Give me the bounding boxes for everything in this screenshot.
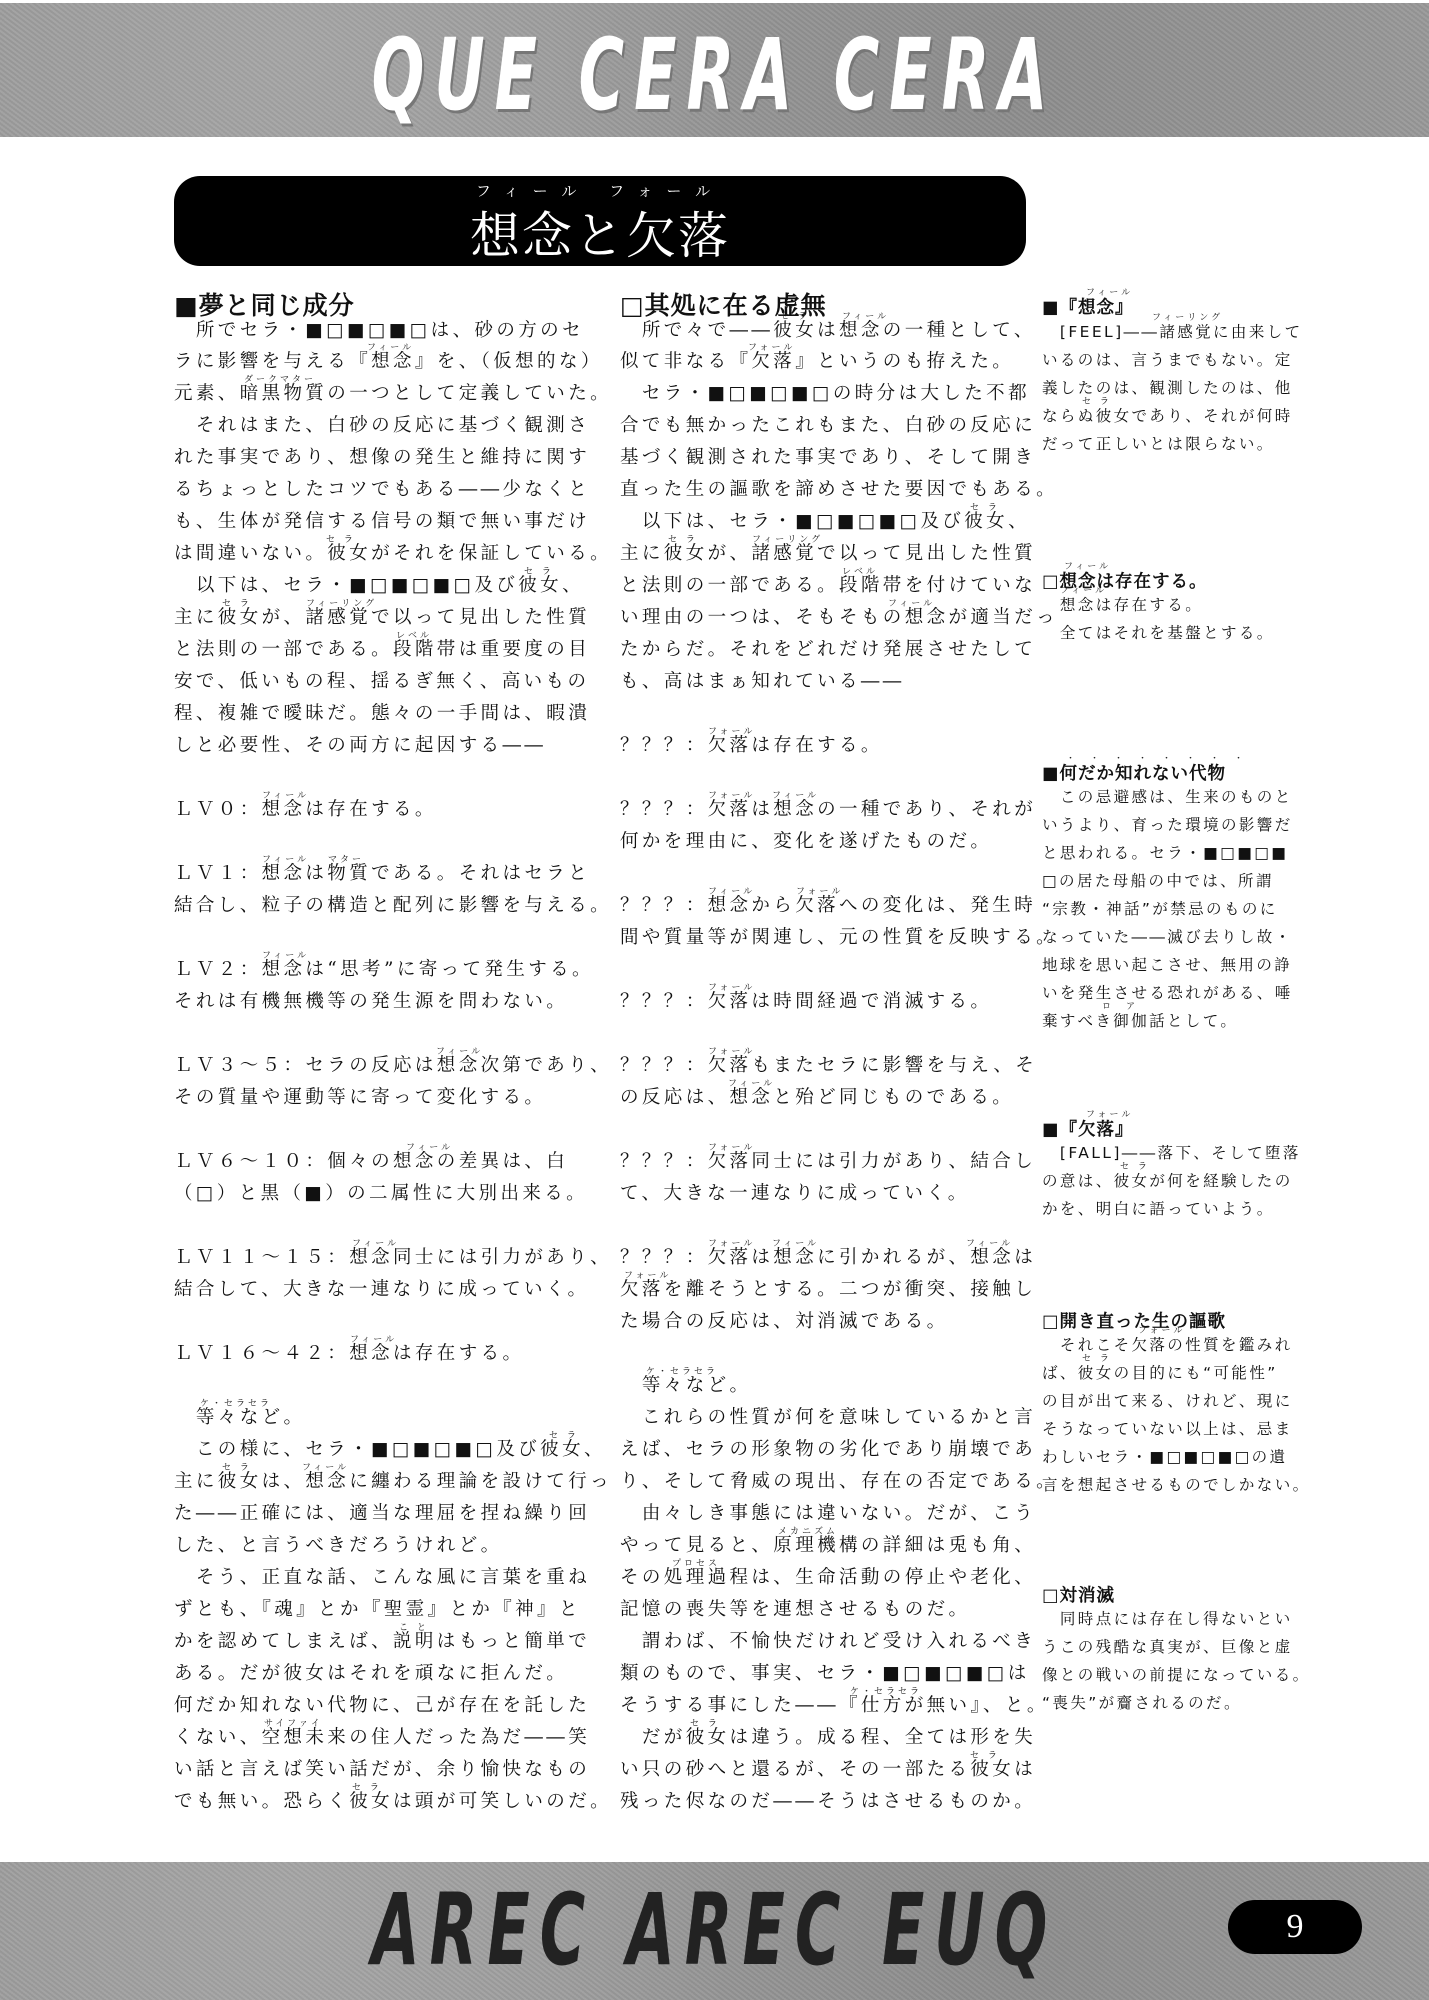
- ruby-annotation: フィール: [262, 948, 309, 961]
- text-line: した、と言うべきだろうけれど。: [174, 1535, 503, 1557]
- text-line: たからだ。それをどれだけ発展させたして: [620, 639, 1036, 661]
- text-line: それは有機無機等の発生源を問わない。: [174, 991, 568, 1013]
- ruby-annotation: フィール: [367, 340, 414, 353]
- ruby-annotation: レベル: [842, 564, 878, 577]
- text-line: 元素、暗黒物質の一つとして定義していた。: [174, 383, 612, 405]
- text-line: 以下は、セラ・■□■□■□及び彼女、: [174, 575, 584, 597]
- text-line: でも無い。恐らく彼女は頭が可笑しいのだ。: [174, 1791, 612, 1813]
- ruby-annotation: フィール: [262, 852, 309, 865]
- text-line: ？？？：欠落は存在する。: [620, 735, 883, 757]
- text-line: 以下は、セラ・■□■□■□及び彼女、: [620, 511, 1030, 533]
- ruby-annotation: セ ラ: [1082, 1351, 1112, 1364]
- header-banner-title: QUE CERA CERA: [0, 16, 1429, 133]
- text-line: かを認めてしまえば、説明はもっと簡単で: [174, 1631, 590, 1653]
- glossary-heading: □対消滅: [1042, 1582, 1115, 1607]
- text-line: 所で々で――彼女は想念の一種として、: [620, 320, 1036, 342]
- text-line: セラ・■□■□■□の時分は大した不都: [620, 383, 1030, 405]
- ruby-annotation: フォール: [748, 340, 795, 353]
- ruby-annotation: フィール: [1064, 559, 1111, 572]
- text-line: いを発生させる恐れがある、唾: [1042, 982, 1293, 1004]
- text-line: 記憶の喪失等を連想させるものだ。: [620, 1599, 970, 1621]
- ruby-annotation: フィーリング: [1152, 310, 1223, 323]
- text-line: 同時点には存在し得ないとい: [1042, 1608, 1293, 1630]
- ruby-annotation: セ ラ: [1120, 1159, 1150, 1172]
- text-line: 程、複雑で曖昧だ。態々の一手間は、暇潰: [174, 703, 590, 725]
- text-line: 像との戦いの前提になっている。: [1042, 1664, 1311, 1686]
- ruby-annotation: ・ ・ ・ ・ ・ ・ ・ ・: [1066, 751, 1246, 764]
- text-line: と法則の一部である。段階帯を付けていな: [620, 575, 1036, 597]
- text-line: た場合の反応は、対消滅である。: [620, 1311, 949, 1333]
- ruby-annotation: フォール: [796, 884, 843, 897]
- ruby-annotation: フォール: [708, 724, 755, 737]
- text-line: て、大きな一連なりに成っていく。: [620, 1183, 970, 1205]
- footer-banner-title: AREC AREC EUQ: [0, 1871, 1429, 1988]
- text-line: 想念は存在する。: [1042, 594, 1203, 616]
- text-line: 全てはそれを基盤とする。: [1042, 622, 1275, 644]
- text-line: ？？？：欠落は想念の一種であり、それが: [620, 799, 1036, 821]
- text-line: い只の砂へと還るが、その一部たる彼女は: [620, 1759, 1036, 1781]
- text-line: 等々など。: [174, 1407, 305, 1429]
- text-line: だって正しいとは限らない。: [1042, 433, 1275, 455]
- ruby-annotation: フィール: [966, 1236, 1013, 1249]
- text-line: そうなっていない以上は、忌ま: [1042, 1418, 1293, 1440]
- text-line: た――正確には、適当な理屈を捏ね繰り回: [174, 1503, 590, 1525]
- text-line: れた事実であり、想像の発生と維持に関す: [174, 447, 590, 469]
- glossary-heading: □開き直った生の謳歌: [1042, 1308, 1226, 1333]
- ruby-annotation: フィール: [728, 1076, 775, 1089]
- ruby-annotation: セ ラ: [1082, 394, 1112, 407]
- text-line: だが彼女は違う。成る程、全ては形を失: [620, 1727, 1036, 1749]
- text-line: ＬＶ３～５：セラの反応は想念次第であり、: [174, 1055, 612, 1077]
- ruby-annotation: セ ラ: [668, 532, 698, 545]
- text-line: しと必要性、その両方に起因する――: [174, 735, 546, 757]
- ruby-annotation: フォール: [708, 1140, 755, 1153]
- text-line: ば、彼女の目的にも“可能性”: [1042, 1362, 1278, 1384]
- ruby-annotation: フィール: [302, 1460, 349, 1473]
- text-line: の意は、彼女が何を経験したの: [1042, 1170, 1293, 1192]
- text-line: は間違いない。彼女がそれを保証している。: [174, 543, 612, 565]
- text-line: これらの性質が何を意味しているかと言: [620, 1407, 1036, 1429]
- text-line: そう、正直な話、こんな風に言葉を重ね: [174, 1567, 590, 1589]
- text-line: 棄すべき御伽話として。: [1042, 1010, 1238, 1032]
- text-line: ？？？：欠落は想念に引かれるが、想念は: [620, 1247, 1036, 1269]
- ruby-annotation: フィール: [708, 884, 755, 897]
- text-line: なっていた――滅び去りし故・: [1042, 926, 1293, 948]
- ruby-annotation: フィール: [406, 1140, 453, 1153]
- text-line: 似て非なる『欠落』というのも拵えた。: [620, 351, 1014, 373]
- text-line: “宗教・神話”が禁忌のものに: [1042, 898, 1278, 920]
- ruby-annotation: セ ラ: [549, 1428, 579, 1441]
- text-line: い話と言えば笑い話だが、余り愉快なもの: [174, 1759, 590, 1781]
- ruby-annotation: フォール: [624, 1268, 671, 1281]
- ruby-annotation: ケ・セラセラ: [850, 1684, 922, 1697]
- ruby-annotation: フォール: [1086, 1107, 1133, 1120]
- text-line: [FALL]――落下、そして堕落: [1042, 1142, 1301, 1164]
- text-line: ＬＶ１１～１５：想念同士には引力があり、: [174, 1247, 612, 1269]
- text-line: ＬＶ１６～４２：想念は存在する。: [174, 1343, 524, 1365]
- ruby-annotation: セ ラ: [524, 564, 554, 577]
- text-line: 結合し、粒子の構造と配列に影響を与える。: [174, 895, 612, 917]
- text-line: ＬＶ０：想念は存在する。: [174, 799, 437, 821]
- text-line: 謂わば、不愉快だけれど受け入れるべき: [620, 1631, 1036, 1653]
- ruby-annotation: フォール: [708, 1236, 755, 1249]
- text-line: 義したのは、観測したのは、他: [1042, 377, 1293, 399]
- text-line: り、そして脅威の現出、存在の否定である。: [620, 1471, 1058, 1493]
- text-line: いるのは、言うまでもない。定: [1042, 349, 1293, 371]
- text-line: 直った生の謳歌を諦めさせた要因でもある。: [620, 479, 1058, 501]
- text-line: 等々など。: [620, 1375, 751, 1397]
- text-line: ある。だが彼女はそれを頑なに拒んだ。: [174, 1663, 568, 1685]
- text-line: ？？？：欠落は時間経過で消滅する。: [620, 991, 992, 1013]
- text-line: “喪失”が齎されるのだ。: [1042, 1692, 1242, 1714]
- ruby-annotation: マター: [328, 852, 364, 865]
- text-line: それこそ欠落の性質を鑑みれ: [1042, 1334, 1293, 1356]
- ruby-annotation: セ ラ: [690, 1716, 720, 1729]
- text-line: それはまた、白砂の反応に基づく観測さ: [174, 415, 590, 437]
- text-line: そうする事にした――『仕方が無い』、と。: [620, 1695, 1049, 1717]
- text-line: と思われる。セラ・■□■□■: [1042, 842, 1288, 864]
- ruby-annotation: フィーリング: [752, 532, 823, 545]
- text-line: ？？？：想念から欠落への変化は、発生時: [620, 895, 1036, 917]
- text-line: ＬＶ２：想念は“思考”に寄って発生する。: [174, 959, 594, 981]
- text-line: その質量や運動等に寄って変化する。: [174, 1087, 546, 1109]
- text-line: 何かを理由に、変化を遂げたものだ。: [620, 831, 992, 853]
- text-line: と法則の一部である。段階帯は重要度の目: [174, 639, 590, 661]
- ruby-annotation: フィール: [772, 1236, 819, 1249]
- text-line: 由々しき事態には違いない。だが、こう: [620, 1503, 1036, 1525]
- text-line: も、高はまぁ知れている――: [620, 671, 905, 693]
- text-line: えば、セラの形象物の劣化であり崩壊であ: [620, 1439, 1036, 1461]
- text-line: ？？？：欠落同士には引力があり、結合し: [620, 1151, 1036, 1173]
- text-line: この忌避感は、生来のものと: [1042, 786, 1293, 808]
- text-line: □の居た母船の中では、所謂: [1042, 870, 1274, 892]
- page-title: 想念と欠落: [174, 196, 1026, 268]
- ruby-annotation: フォール: [708, 980, 755, 993]
- text-line: 主に彼女が、諸感覚で以って見出した性質: [174, 607, 590, 629]
- text-line: （□）と黒（■）の二属性に大別出来る。: [174, 1183, 588, 1205]
- ruby-annotation: プロセス: [672, 1556, 720, 1569]
- text-line: ？？？：欠落もまたセラに影響を与え、そ: [620, 1055, 1037, 1077]
- ruby-annotation: セ ラ: [326, 532, 356, 545]
- text-line: 合でも無かったこれもまた、白砂の反応に: [620, 415, 1036, 437]
- ruby-annotation: フィール: [888, 596, 935, 609]
- ruby-annotation: セ ラ: [970, 500, 1000, 513]
- ruby-annotation: セ ラ: [222, 596, 252, 609]
- section-title-plate: フィール フォール 想念と欠落: [174, 176, 1026, 266]
- text-line: その処理過程は、生命活動の停止や老化、: [620, 1567, 1036, 1589]
- ruby-annotation: フォール: [1138, 1323, 1185, 1336]
- ruby-annotation: フィーリング: [306, 596, 377, 609]
- ruby-annotation: セ ラ: [222, 1460, 252, 1473]
- ruby-annotation: ロ ア: [1102, 999, 1138, 1012]
- ruby-annotation: フィール: [262, 788, 309, 801]
- text-line: ＬＶ６～１０：個々の想念の差異は、白: [174, 1151, 568, 1173]
- ruby-annotation: フィール: [1086, 285, 1133, 298]
- ruby-annotation: フィール: [1060, 583, 1107, 596]
- text-line: かを、明白に語っていよう。: [1042, 1198, 1275, 1220]
- text-line: 欠落を離そうとする。二つが衝突、接触し: [620, 1279, 1036, 1301]
- ruby-annotation: フィール: [772, 788, 819, 801]
- text-line: 基づく観測された事実であり、そして開き: [620, 447, 1036, 469]
- text-line: 残った侭なのだ――そうはさせるものか。: [620, 1791, 1036, 1813]
- ruby-annotation: フォール: [708, 1044, 755, 1057]
- ruby-annotation: ケ・セラセラ: [646, 1364, 718, 1377]
- ruby-annotation: レベル: [396, 628, 432, 641]
- text-line: わしいセラ・■□■□■□の遺: [1042, 1446, 1287, 1468]
- text-line: この様に、セラ・■□■□■□及び彼女、: [174, 1439, 606, 1461]
- text-line: 言を想起させるものでしかない。: [1042, 1474, 1311, 1496]
- page-number-badge: 9: [1228, 1900, 1362, 1954]
- ruby-annotation: セ ラ: [780, 309, 810, 322]
- ruby-annotation: ケ・セラセラ: [200, 1396, 272, 1409]
- text-line: の目が出て来る、けれど、現に: [1042, 1390, 1293, 1412]
- text-line: ならぬ彼女であり、それが何時: [1042, 405, 1293, 427]
- text-line: くない、空想未来の住人だった為だ――笑: [174, 1727, 590, 1749]
- ruby-annotation: セ ラ: [970, 1748, 1000, 1761]
- text-line: の反応は、想念と殆ど同じものである。: [620, 1087, 1014, 1109]
- ruby-annotation: メカニズム: [778, 1524, 838, 1537]
- text-line: 間や質量等が関連し、元の性質を反映する。: [620, 927, 1058, 949]
- text-line: 地球を思い起こさせ、無用の諍: [1042, 954, 1292, 976]
- text-line: いうより、育った環境の影響だ: [1042, 814, 1293, 836]
- text-line: 主に彼女が、諸感覚で以って見出した性質: [620, 543, 1036, 565]
- text-line: 主に彼女は、想念に纏わる理論を設けて行っ: [174, 1471, 612, 1493]
- ruby-annotation: フィール: [350, 1332, 397, 1345]
- ruby-annotation: サイファイ: [264, 1716, 323, 1729]
- text-line: うこの残酷な真実が、巨像と虚: [1042, 1636, 1293, 1658]
- text-line: 所でセラ・■□■□■□は、砂の方のセ: [174, 320, 584, 342]
- text-line: 安で、低いもの程、揺るぎ無く、高いもの: [174, 671, 589, 693]
- text-line: ずとも、『魂』とか『聖霊』とか『神』と: [174, 1599, 581, 1621]
- text-line: 何だか知れない代物に、己が存在を託した: [174, 1695, 590, 1717]
- ruby-annotation: フィール: [352, 1236, 399, 1249]
- ruby-annotation: ダークマター: [244, 372, 316, 385]
- ruby-annotation: フィール: [436, 1044, 483, 1057]
- text-line: い理由の一つは、そもそもの想念が適当だっ: [620, 607, 1058, 629]
- text-line: るちょっとしたコツでもある――少なくと: [174, 479, 590, 501]
- text-line: ラに影響を与える『想念』を、（仮想的な）: [174, 351, 603, 373]
- text-line: 類のもので、事実、セラ・■□■□■□は: [620, 1663, 1030, 1685]
- text-line: [FEEL]――諸感覚に由来して: [1042, 321, 1303, 343]
- text-line: も、生体が発信する信号の類で無い事だけ: [174, 511, 590, 533]
- text-line: やって見ると、原理機構の詳細は兎も角、: [620, 1535, 1036, 1557]
- text-line: 結合して、大きな一連なりに成っていく。: [174, 1279, 589, 1301]
- ruby-annotation: フィール: [842, 309, 889, 322]
- ruby-annotation: フォール: [708, 788, 755, 801]
- section-heading: ■夢と同じ成分: [174, 286, 355, 322]
- text-line: ＬＶ１：想念は物質である。それはセラと: [174, 863, 590, 885]
- ruby-annotation: セ ラ: [352, 1780, 382, 1793]
- ruby-annotation: こ と: [399, 1620, 429, 1633]
